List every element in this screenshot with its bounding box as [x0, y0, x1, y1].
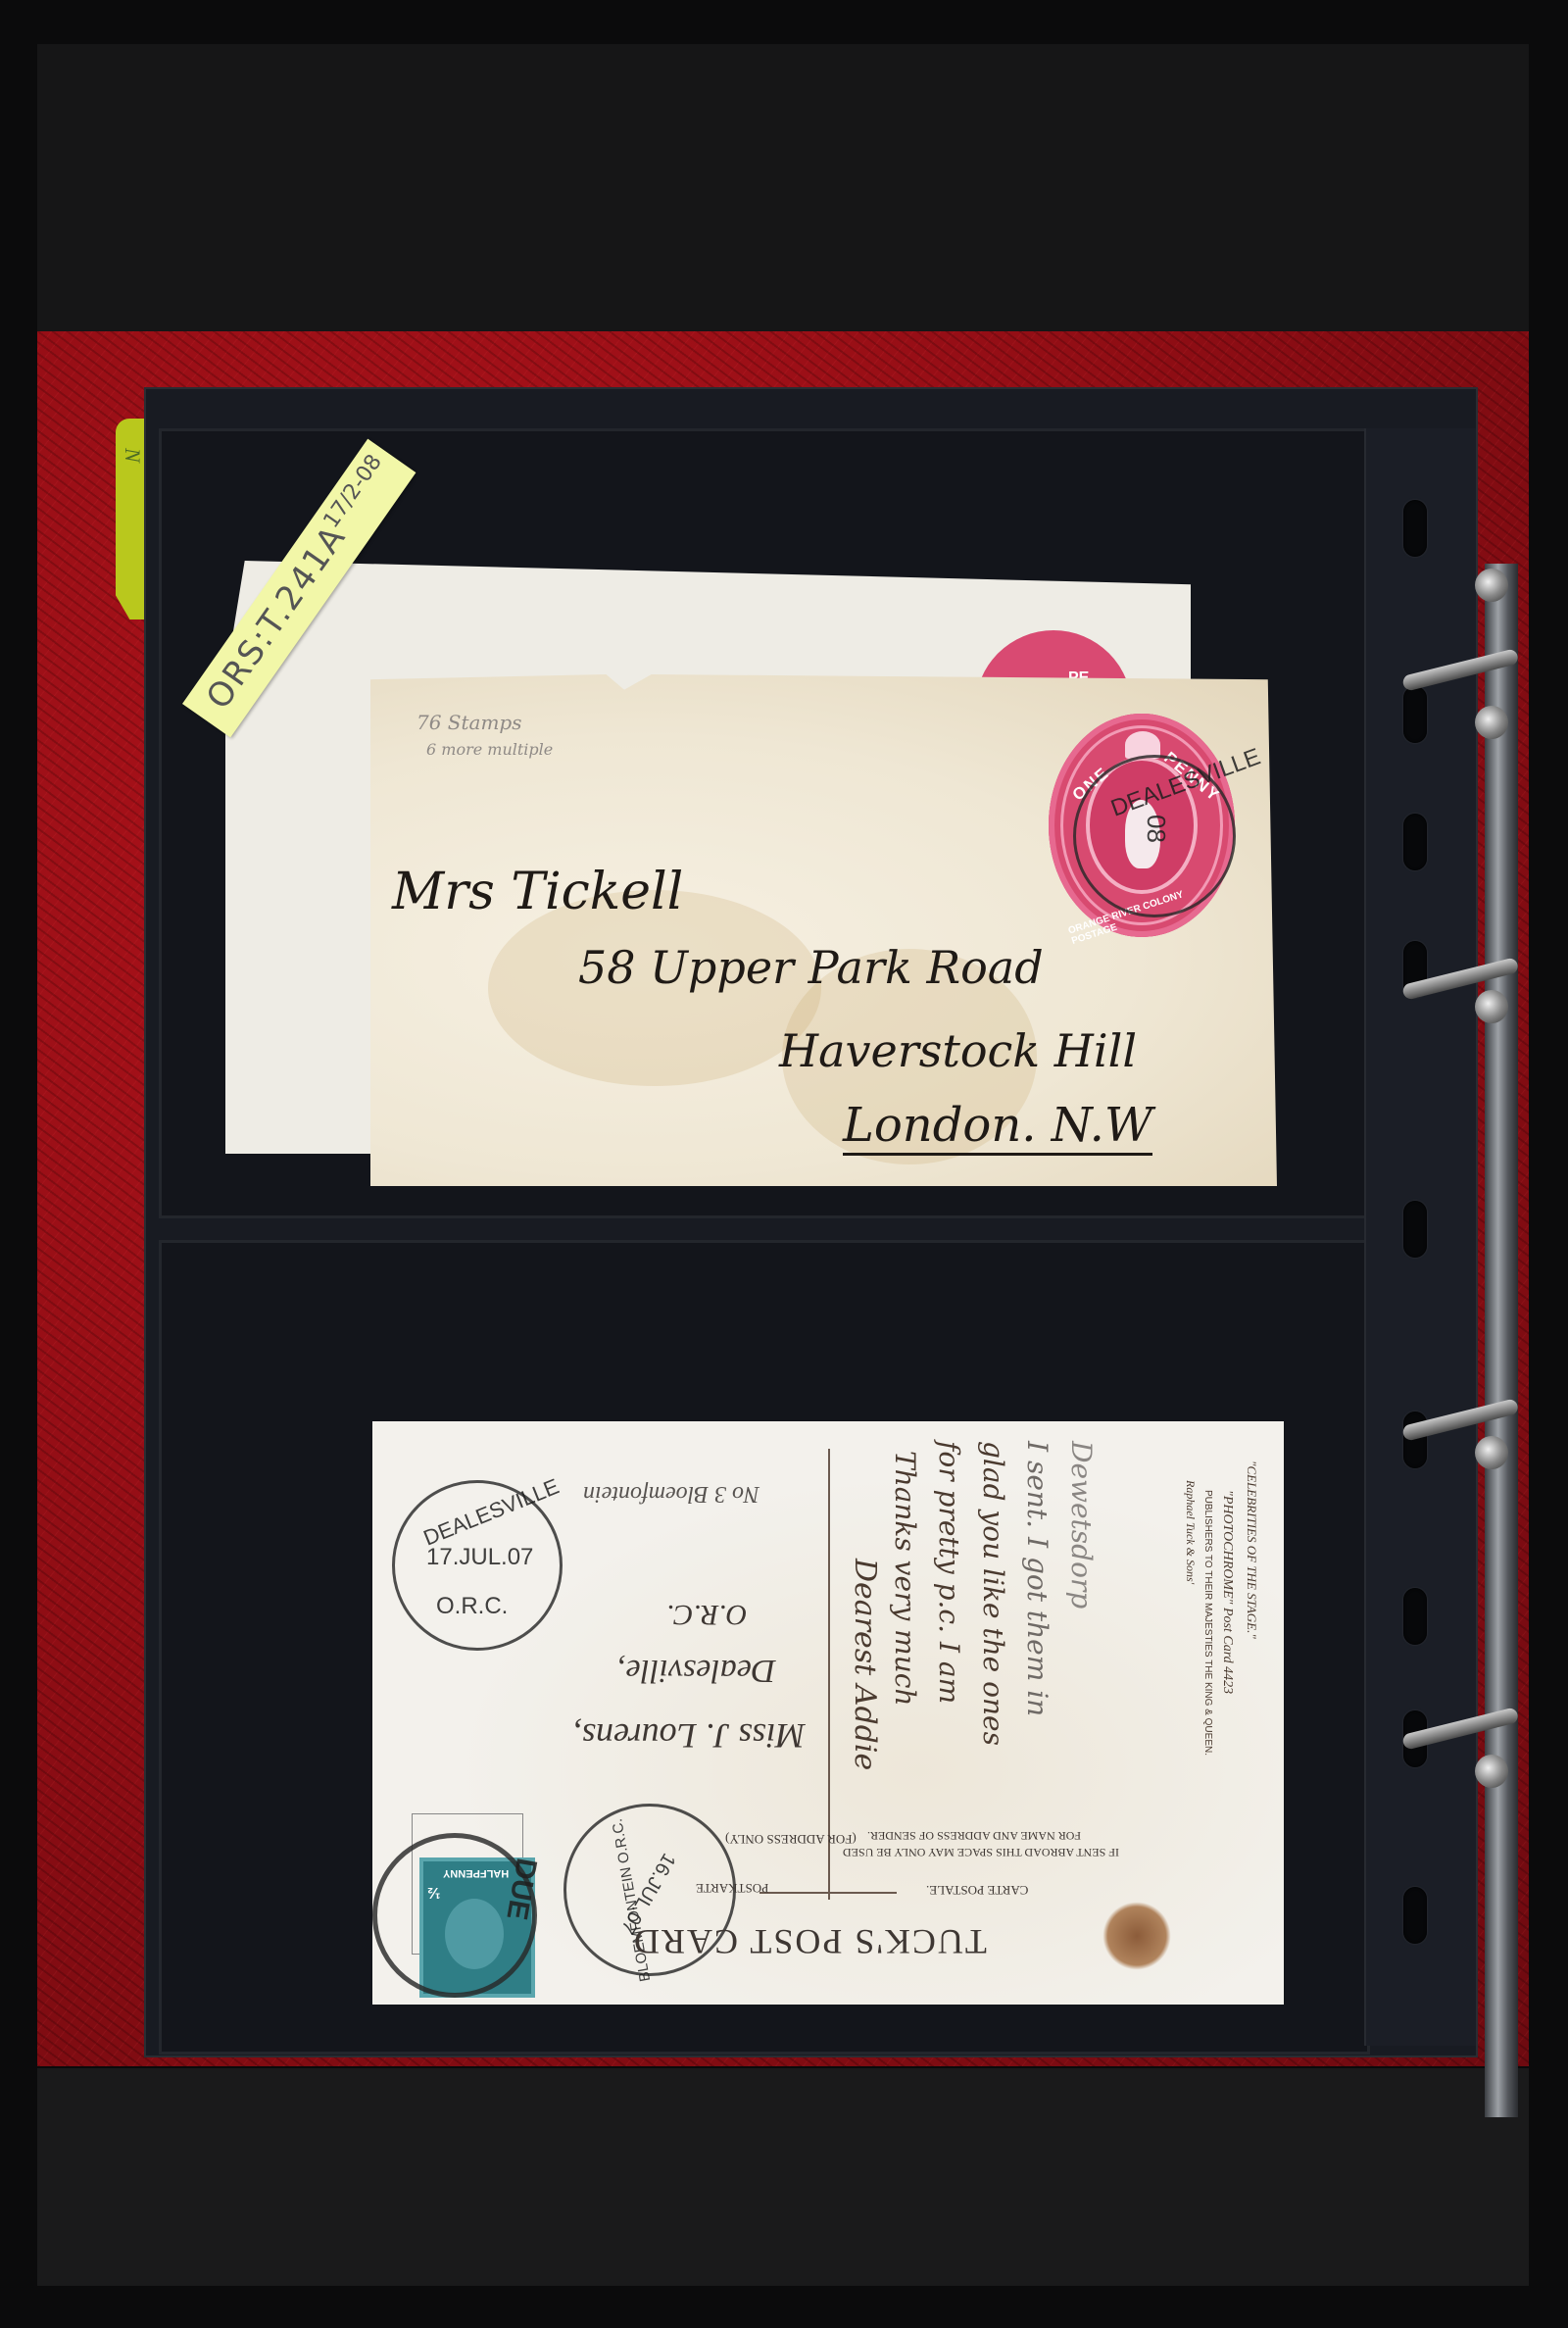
- punch-hole: [1403, 814, 1427, 870]
- address-line: Haverstock Hill: [779, 1024, 1137, 1077]
- punch-hole: [1403, 500, 1427, 557]
- divider-line: [759, 1892, 897, 1894]
- postcard: HALFPENNY ½ DUE 16.JUL.07 BLOEMFONTEIN O…: [372, 1421, 1284, 2005]
- rivet: [1475, 569, 1508, 602]
- rivet: [1475, 1755, 1508, 1788]
- punch-hole: [1403, 1887, 1427, 1944]
- message-line: Dearest Addie: [848, 1559, 882, 1770]
- tab-text: N: [120, 448, 145, 463]
- message-line: Dewetsdorp: [1065, 1441, 1098, 1609]
- message-line: glad you like the ones: [977, 1441, 1009, 1746]
- publisher-line: "CELEBRITIES OF THE STAGE.": [1244, 1461, 1259, 1639]
- rivet: [1475, 706, 1508, 739]
- carte-postale-label: CARTE POSTALE.: [926, 1882, 1028, 1898]
- address-line: 58 Upper Park Road: [578, 941, 1044, 994]
- rivet: [1475, 1436, 1508, 1469]
- recipient-line: Miss J. Lourens,: [573, 1715, 806, 1757]
- punch-hole: [1403, 686, 1427, 743]
- address-only-label: (FOR ADDRESS ONLY): [725, 1831, 857, 1847]
- message-line: I sent. I got them in: [1021, 1441, 1053, 1716]
- binder-ring-rail: [1485, 564, 1518, 2117]
- rivet: [1475, 990, 1508, 1023]
- address-line: Mrs Tickell: [392, 863, 683, 921]
- postkarte-label: POSTKARTE: [696, 1880, 768, 1896]
- abroad-notice: FOR NAME AND ADDRESS OF SENDER.: [867, 1828, 1081, 1843]
- pencil-note: 76 Stamps: [416, 711, 522, 734]
- address-line: London. N.W: [843, 1098, 1152, 1156]
- postcard-title: TUCK'S POST CARD: [632, 1921, 987, 1962]
- punch-hole: [1403, 1201, 1427, 1258]
- publisher-line: "PHOTOCHROME" Post Card 4423: [1219, 1490, 1235, 1694]
- punch-hole: [1403, 1588, 1427, 1645]
- message-line: for pretty p.c. I am: [933, 1441, 965, 1704]
- recipient-line: Dealesville,: [617, 1652, 775, 1689]
- recipient-line: O.R.C.: [666, 1598, 748, 1631]
- pencil-note: 6 more multiple: [426, 740, 553, 759]
- background-top: [37, 44, 1529, 338]
- message-line: Thanks very much: [889, 1451, 921, 1706]
- coat-of-arms-icon: [1102, 1902, 1171, 1970]
- abroad-notice: IF SENT ABROAD THIS SPACE MAY ONLY BE US…: [843, 1845, 1119, 1859]
- background-bottom: [37, 2068, 1529, 2286]
- publisher-line: PUBLISHERS TO THEIR MAJESTIES THE KING &…: [1202, 1490, 1213, 1756]
- pencil-note: No 3 Bloemfontein: [583, 1480, 759, 1507]
- publisher-line: Raphael Tuck & Sons': [1183, 1480, 1198, 1584]
